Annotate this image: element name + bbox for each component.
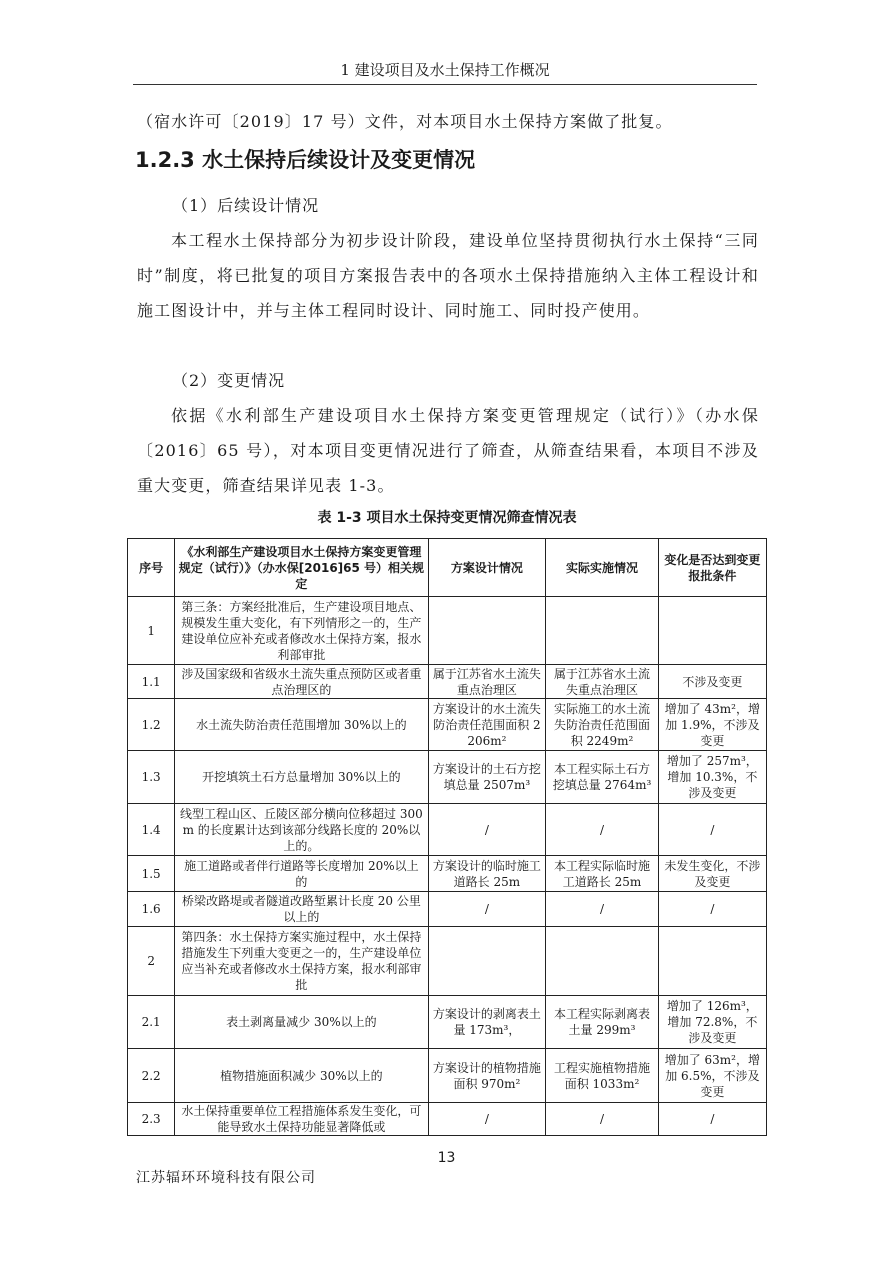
header-title: 1 建设项目及水土保持工作概况: [133, 60, 757, 80]
cell-rule: 施工道路或者伴行道路等长度增加 20%以上的: [175, 856, 428, 892]
cell-rule: 水土流失防治责任范围增加 30%以上的: [175, 699, 428, 751]
cell-result: 增加了 63m²，增加 6.5%，不涉及变更: [658, 1049, 766, 1103]
cell-actual: 工程实施植物措施面积 1033m²: [546, 1049, 658, 1103]
column-header-plan: 方案设计情况: [428, 539, 546, 597]
cell-plan: [428, 927, 546, 996]
cell-id: 2.3: [128, 1103, 175, 1136]
cell-result: 增加了 257m³，增加 10.3%，不涉及变更: [658, 751, 766, 804]
cell-id: 2.2: [128, 1049, 175, 1103]
cell-plan: 属于江苏省水土流失重点治理区: [428, 665, 546, 699]
table-row: 1.3 开挖填筑土石方总量增加 30%以上的 方案设计的土石方挖填总量 2507…: [128, 751, 767, 804]
cell-plan: 方案设计的植物措施面积 970m²: [428, 1049, 546, 1103]
cell-result: 不涉及变更: [658, 665, 766, 699]
cell-actual: /: [546, 1103, 658, 1136]
footer-company-name: 江苏辐环环境科技有限公司: [136, 1168, 316, 1188]
cell-actual: 实际施工的水土流失防治责任范围面积 2249m²: [546, 699, 658, 751]
cell-result: 未发生变化，不涉及变更: [658, 856, 766, 892]
table-row: 1.5 施工道路或者伴行道路等长度增加 20%以上的 方案设计的临时施工道路长 …: [128, 856, 767, 892]
cell-id: 2.1: [128, 996, 175, 1049]
cell-rule: 桥梁改路堤或者隧道改路堑累计长度 20 公里以上的: [175, 892, 428, 927]
cell-id: 1.5: [128, 856, 175, 892]
subsection-title-change: （2）变更情况: [172, 370, 285, 392]
table-header-row: 序号 《水利部生产建设项目水土保持方案变更管理规定（试行）》（办水保[2016]…: [128, 539, 767, 597]
cell-result: [658, 927, 766, 996]
cell-actual: [546, 597, 658, 665]
cell-plan: [428, 597, 546, 665]
table-row: 1.1 涉及国家级和省级水土流失重点预防区或者重点治理区的 属于江苏省水土流失重…: [128, 665, 767, 699]
cell-actual: 本工程实际剥离表土量 299m³: [546, 996, 658, 1049]
cell-actual: 属于江苏省水土流失重点治理区: [546, 665, 658, 699]
cell-actual: /: [546, 892, 658, 927]
cell-result: /: [658, 1103, 766, 1136]
cell-id: 1.2: [128, 699, 175, 751]
cell-rule: 表土剥离量减少 30%以上的: [175, 996, 428, 1049]
cell-id: 2: [128, 927, 175, 996]
page-number: 13: [0, 1150, 893, 1166]
paragraph-change: 依据《水利部生产建设项目水土保持方案变更管理规定（试行）》（办水保〔2016〕6…: [137, 398, 759, 503]
cell-actual: /: [546, 804, 658, 856]
cell-rule: 第三条：方案经批准后，生产建设项目地点、规模发生重大变化，有下列情形之一的，生产…: [175, 597, 428, 665]
cell-plan: 方案设计的剥离表土量 173m³，: [428, 996, 546, 1049]
table-row: 1.6 桥梁改路堤或者隧道改路堑累计长度 20 公里以上的 / / /: [128, 892, 767, 927]
cell-plan: /: [428, 892, 546, 927]
cell-result: [658, 597, 766, 665]
cell-plan: /: [428, 804, 546, 856]
cell-result: 增加了 126m³，增加 72.8%，不涉及变更: [658, 996, 766, 1049]
header-divider: [133, 84, 757, 85]
column-header-actual: 实际实施情况: [546, 539, 658, 597]
intro-paragraph: （宿水许可〔2019〕17 号）文件，对本项目水土保持方案做了批复。: [137, 104, 759, 139]
cell-rule: 涉及国家级和省级水土流失重点预防区或者重点治理区的: [175, 665, 428, 699]
change-screening-table: 序号 《水利部生产建设项目水土保持方案变更管理规定（试行）》（办水保[2016]…: [127, 538, 767, 1136]
cell-actual: 本工程实际土石方挖填总量 2764m³: [546, 751, 658, 804]
table-caption: 表 1-3 项目水土保持变更情况筛查情况表: [127, 508, 767, 528]
cell-id: 1.4: [128, 804, 175, 856]
table-row: 2.1 表土剥离量减少 30%以上的 方案设计的剥离表土量 173m³， 本工程…: [128, 996, 767, 1049]
table-row: 1 第三条：方案经批准后，生产建设项目地点、规模发生重大变化，有下列情形之一的，…: [128, 597, 767, 665]
cell-plan: /: [428, 1103, 546, 1136]
table-row: 1.2 水土流失防治责任范围增加 30%以上的 方案设计的水土流失防治责任范围面…: [128, 699, 767, 751]
column-header-id: 序号: [128, 539, 175, 597]
cell-id: 1.1: [128, 665, 175, 699]
cell-result: /: [658, 892, 766, 927]
cell-actual: [546, 927, 658, 996]
cell-id: 1.3: [128, 751, 175, 804]
cell-result: 增加了 43m²，增加 1.9%，不涉及变更: [658, 699, 766, 751]
paragraph-design: 本工程水土保持部分为初步设计阶段，建设单位坚持贯彻执行水土保持“三同时”制度，将…: [137, 223, 759, 328]
cell-id: 1.6: [128, 892, 175, 927]
column-header-result: 变化是否达到变更报批条件: [658, 539, 766, 597]
cell-actual: 本工程实际临时施工道路长 25m: [546, 856, 658, 892]
subsection-title-design: （1）后续设计情况: [172, 195, 319, 217]
cell-rule: 植物措施面积减少 30%以上的: [175, 1049, 428, 1103]
cell-rule: 第四条：水土保持方案实施过程中，水土保持措施发生下列重大变更之一的，生产建设单位…: [175, 927, 428, 996]
table-row: 2 第四条：水土保持方案实施过程中，水土保持措施发生下列重大变更之一的，生产建设…: [128, 927, 767, 996]
column-header-rule: 《水利部生产建设项目水土保持方案变更管理规定（试行）》（办水保[2016]65 …: [175, 539, 428, 597]
cell-plan: 方案设计的临时施工道路长 25m: [428, 856, 546, 892]
section-heading: 1.2.3 水土保持后续设计及变更情况: [135, 146, 475, 174]
cell-result: /: [658, 804, 766, 856]
table-row: 2.2 植物措施面积减少 30%以上的 方案设计的植物措施面积 970m² 工程…: [128, 1049, 767, 1103]
cell-rule: 水土保持重要单位工程措施体系发生变化，可能导致水土保持功能显著降低或: [175, 1103, 428, 1136]
cell-rule: 开挖填筑土石方总量增加 30%以上的: [175, 751, 428, 804]
cell-id: 1: [128, 597, 175, 665]
table-row: 2.3 水土保持重要单位工程措施体系发生变化，可能导致水土保持功能显著降低或 /…: [128, 1103, 767, 1136]
cell-plan: 方案设计的土石方挖填总量 2507m³: [428, 751, 546, 804]
table-row: 1.4 线型工程山区、丘陵区部分横向位移超过 300m 的长度累计达到该部分线路…: [128, 804, 767, 856]
cell-rule: 线型工程山区、丘陵区部分横向位移超过 300m 的长度累计达到该部分线路长度的 …: [175, 804, 428, 856]
cell-plan: 方案设计的水土流失防治责任范围面积 2206m²: [428, 699, 546, 751]
